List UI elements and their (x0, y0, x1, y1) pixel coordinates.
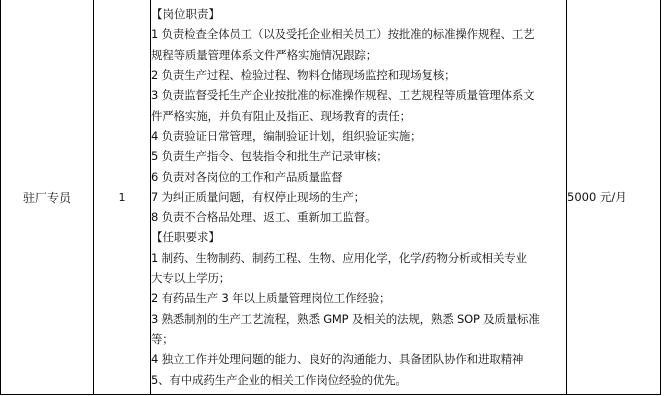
table-row: 驻厂专员 1 【岗位职责】 1 负责检查全体员工（以及受托企业相关员工）按批准的… (1, 0, 661, 395)
description-cell: 【岗位职责】 1 负责检查全体员工（以及受托企业相关员工）按批准的标准操作规程、… (151, 0, 567, 395)
position-title: 驻厂专员 (23, 191, 71, 205)
requirement-line: 等； (151, 329, 566, 349)
job-table: 驻厂专员 1 【岗位职责】 1 负责检查全体员工（以及受托企业相关员工）按批准的… (0, 0, 661, 395)
responsibilities-heading: 【岗位职责】 (151, 4, 566, 24)
responsibility-line: 3 负责监督受托生产企业按批准的标准操作规程、工艺规程等质量管理体系文 (151, 85, 566, 105)
requirement-line: 4 独立工作并处理问题的能力、良好的沟通能力、具备团队协作和进取精神 (151, 349, 566, 369)
responsibility-line: 7 为纠正质量问题，有权停止现场的生产； (151, 187, 566, 207)
responsibility-line: 2 负责生产过程、检验过程、物料仓储现场监控和现场复核； (151, 65, 566, 85)
requirements-heading: 【任职要求】 (151, 227, 566, 247)
requirement-line: 3 熟悉制剂的生产工艺流程，熟悉 GMP 及相关的法规，熟悉 SOP 及质量标准 (151, 309, 566, 329)
requirement-line: 5、有中成药生产企业的相关工作岗位经验的优先。 (151, 370, 566, 390)
responsibility-line: 4 负责验证日常管理，编制验证计划，组织验证实施； (151, 126, 566, 146)
requirement-line: 2 有药品生产 3 年以上质量管理岗位工作经验； (151, 288, 566, 308)
requirement-line: 1 制药、生物制药、制药工程、生物、应用化学，化学/药物分析或相关专业 (151, 248, 566, 268)
position-cell: 驻厂专员 (1, 0, 94, 395)
responsibility-line: 1 负责检查全体员工（以及受托企业相关员工）按批准的标准操作规程、工艺 (151, 24, 566, 44)
responsibility-line: 件严格实施，并负有阻止及指正、现场教育的责任； (151, 106, 566, 126)
responsibility-line: 5 负责生产指令、包装指令和批生产记录审核； (151, 146, 566, 166)
responsibility-line: 8 负责不合格品处理、返工、重新加工监督。 (151, 207, 566, 227)
responsibility-line: 6 负责对各岗位的工作和产品质量监督 (151, 167, 566, 187)
requirement-line: 大专以上学历； (151, 268, 566, 288)
headcount-value: 1 (119, 191, 126, 204)
responsibility-line: 规程等质量管理体系文件严格实施情况跟踪； (151, 45, 566, 65)
salary-cell: 5000 元/月 (567, 0, 661, 395)
salary-value: 5000 元/月 (567, 190, 627, 204)
headcount-cell: 1 (94, 0, 151, 395)
